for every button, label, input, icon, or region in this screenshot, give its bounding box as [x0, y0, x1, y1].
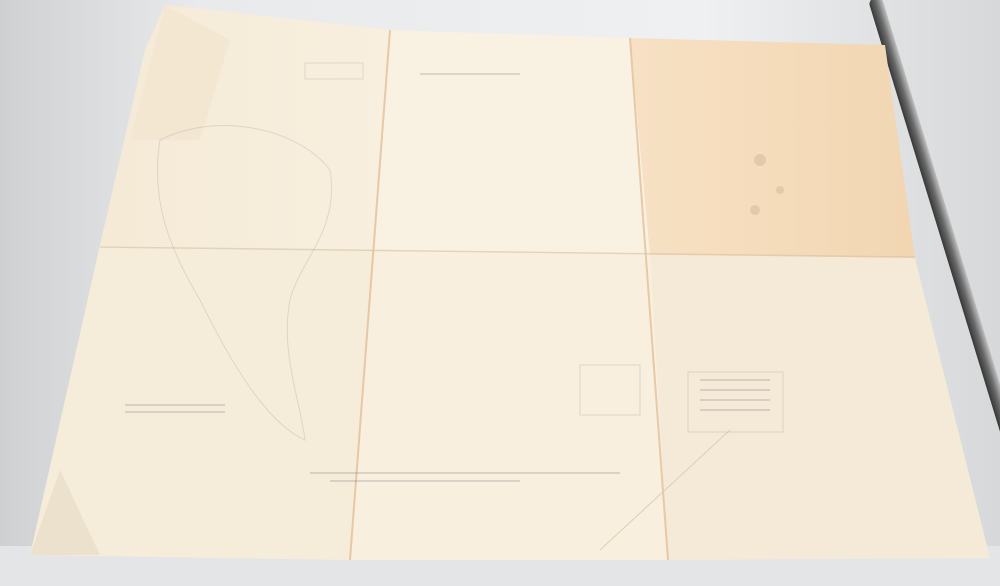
- paper-shape: [0, 0, 1000, 586]
- folded-map-sheet: [0, 0, 1000, 586]
